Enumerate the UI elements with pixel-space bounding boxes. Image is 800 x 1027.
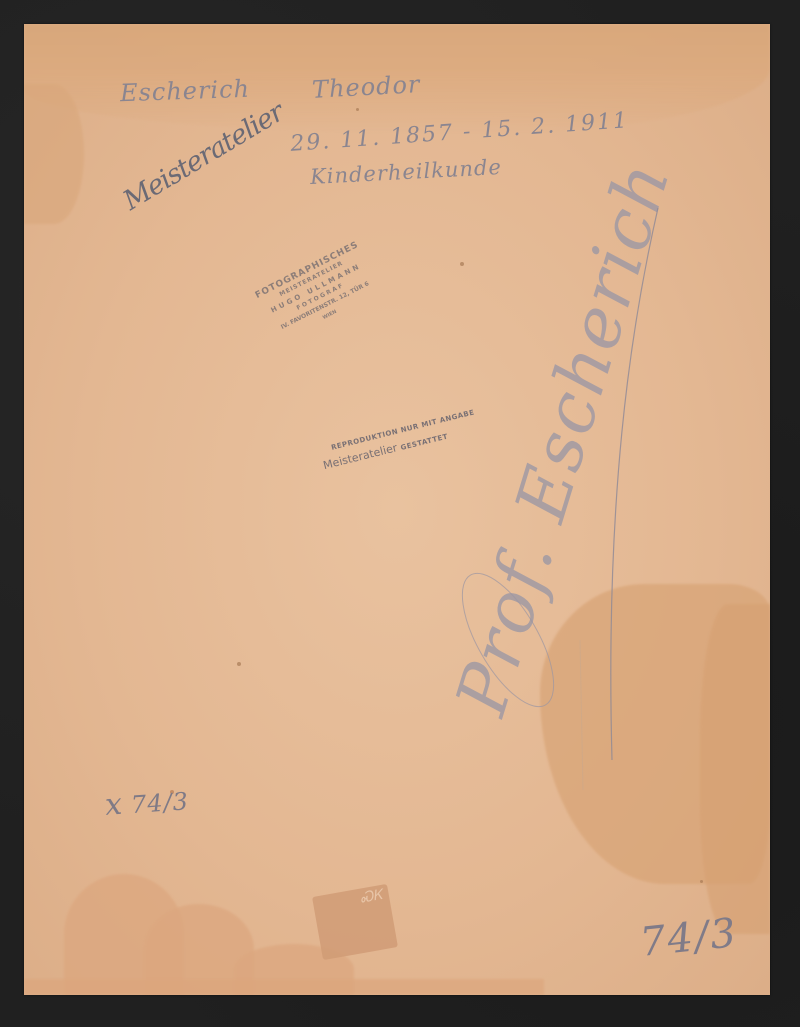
- reference-number-left: x74/3: [104, 782, 190, 823]
- inscription-given-name: Theodor: [311, 70, 421, 104]
- water-stain-bottom: [24, 979, 544, 995]
- embossed-seal: ᏍᏦ: [312, 884, 398, 960]
- reference-number: 74/3: [130, 787, 190, 819]
- reference-mark: x: [104, 787, 124, 823]
- foxing-spot: [356, 108, 359, 111]
- foxing-spot: [460, 262, 464, 266]
- foxing-spot: [237, 662, 241, 666]
- inscription-surname: Escherich: [120, 75, 251, 108]
- foxing-spot: [700, 880, 703, 883]
- seal-monogram: ᏍᏦ: [359, 887, 384, 907]
- water-stain-right-edge: [700, 604, 770, 934]
- water-stain-left: [24, 84, 84, 224]
